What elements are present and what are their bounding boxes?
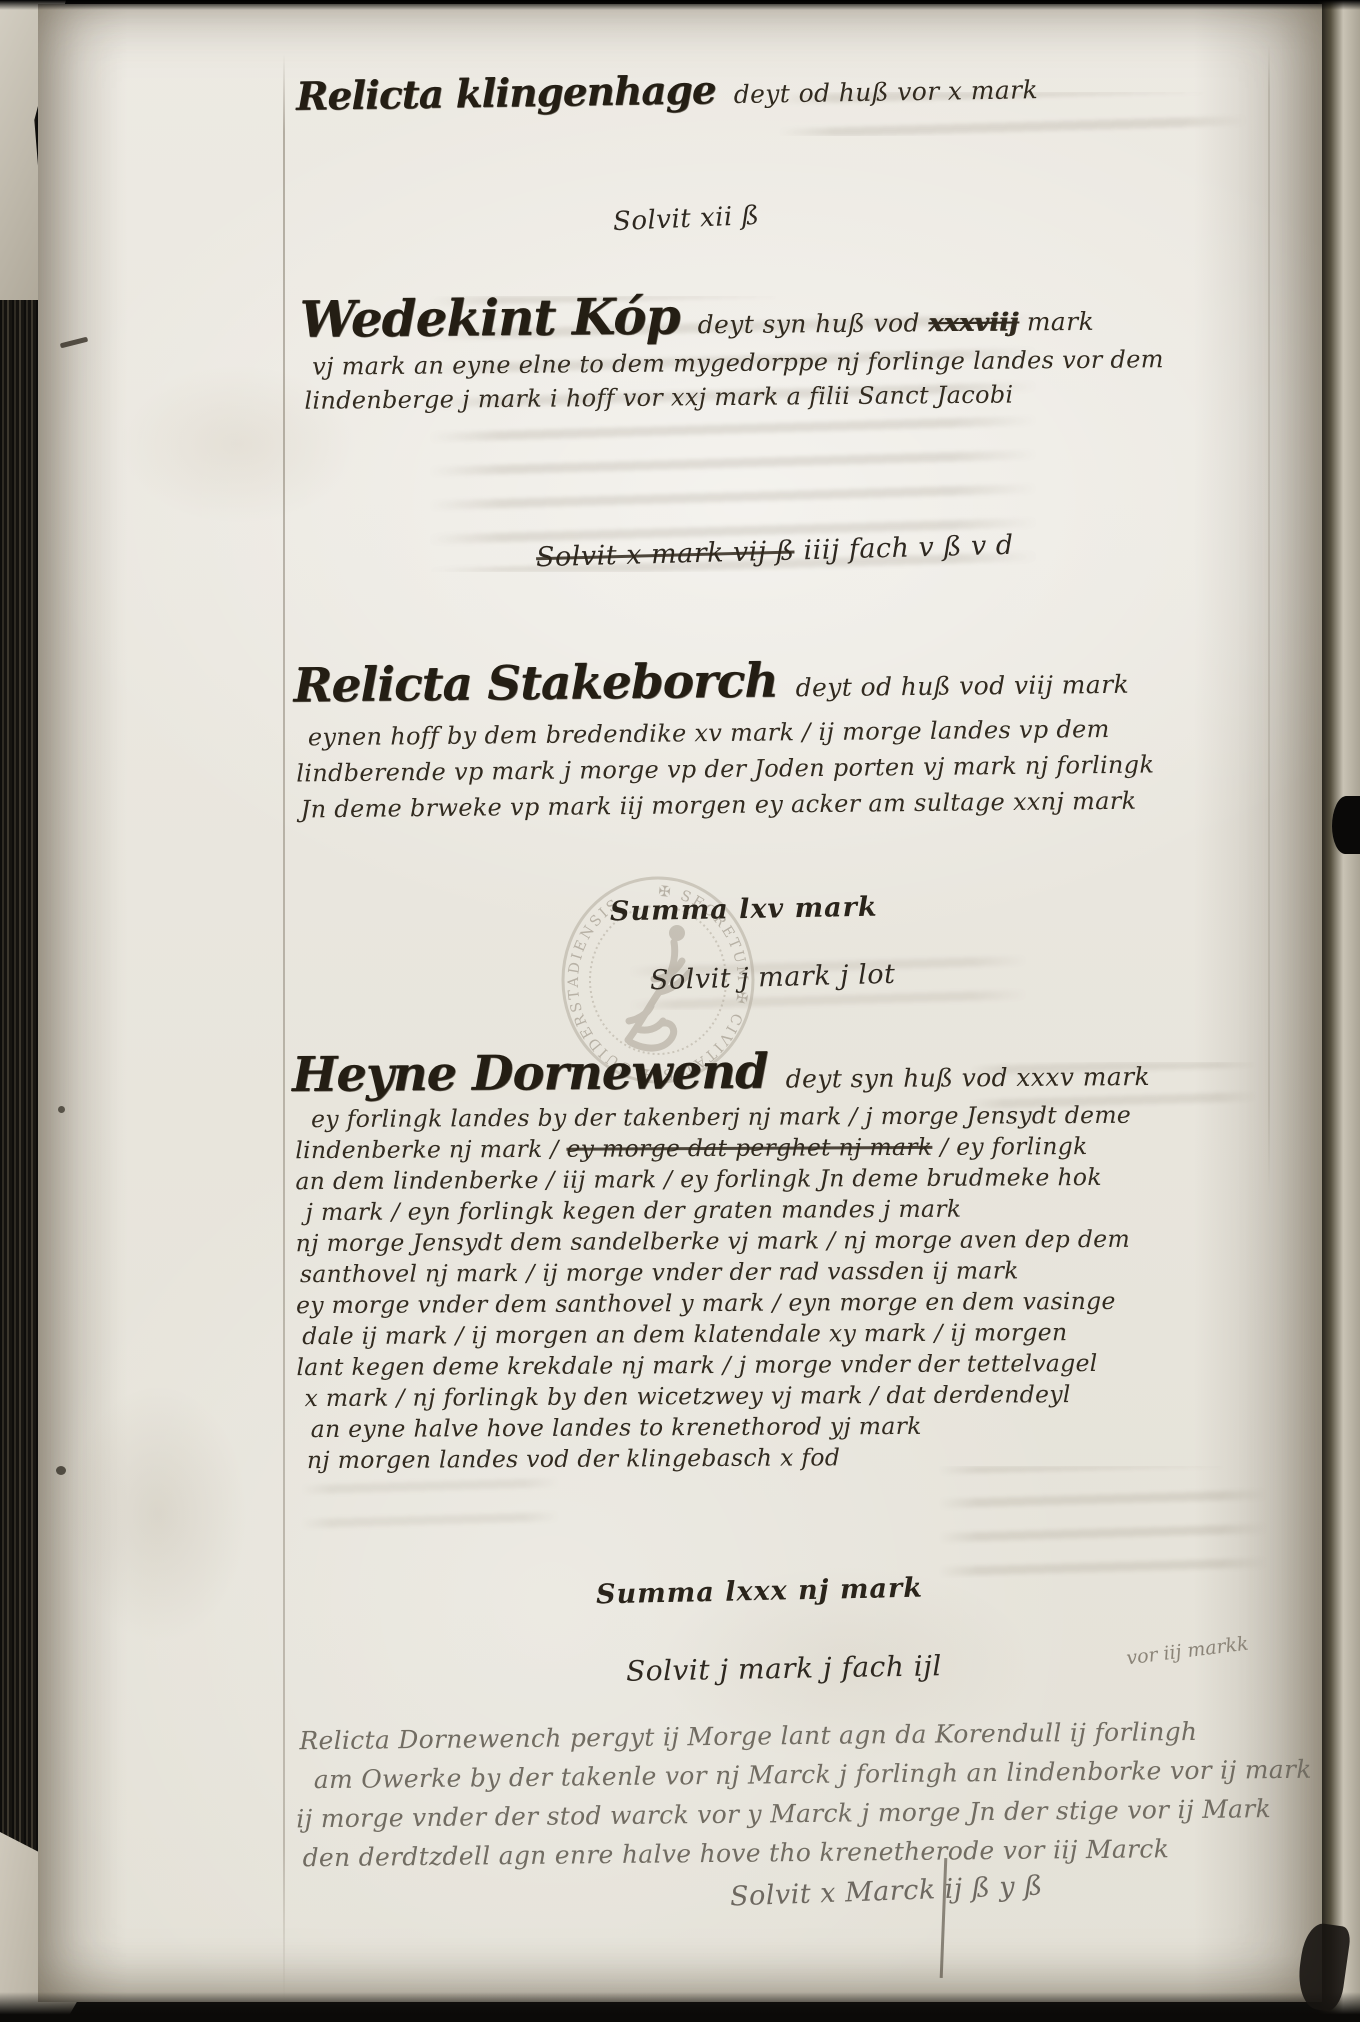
ink-speck bbox=[58, 1106, 65, 1113]
body-line: ey morge vnder dem santhovel y mark / ey… bbox=[296, 1286, 1132, 1321]
photo-edge-bottom bbox=[0, 1992, 1360, 2022]
note-corrected-numeral: xxxviij bbox=[928, 307, 1018, 337]
payment-marginal-note: vor iij markk bbox=[1125, 1633, 1250, 1670]
book-edge-left bbox=[0, 0, 42, 2022]
body-line-with-strike: lindenberke nj mark / ey morge dat pergh… bbox=[295, 1131, 1131, 1166]
note-text: deyt syn huß vod bbox=[697, 308, 928, 339]
photo-edge-top bbox=[0, 0, 1360, 10]
fold-line-right bbox=[1268, 44, 1270, 1194]
payment-line: Solvit x Marck ij ß y ß bbox=[730, 1871, 1044, 1913]
body-line: an dem lindenberke / iij mark / ey forli… bbox=[295, 1162, 1131, 1197]
payment-line: Solvit j mark j lot bbox=[650, 959, 896, 996]
summa-line: Summa lxv mark bbox=[610, 892, 878, 928]
line-segment: / ey forlingk bbox=[932, 1132, 1087, 1161]
body-line: nj morge Jensydt dem sandelberke vj mark… bbox=[296, 1224, 1132, 1259]
manuscript-photo: ✠ SECRETUM ✠ CIVITATIS ✠ SUIDERSTADIENSI… bbox=[0, 0, 1360, 2022]
entry-heading-note: deyt syn huß vod xxxv mark bbox=[786, 1062, 1151, 1094]
entry-relicta-dornewend: Relicta Dornewench pergyt ij Morge lant … bbox=[299, 1711, 1313, 1878]
line-segment: lindenberke nj mark / bbox=[295, 1135, 566, 1164]
entry-heading: Relicta klingenhage bbox=[296, 67, 716, 120]
entry-stakeborch: Relicta Stakeborch deyt od huß vod viij … bbox=[293, 650, 1155, 828]
summa-line: Summa lxxx nj mark bbox=[596, 1573, 923, 1611]
payment-line: Solvit j mark j fach ijl bbox=[626, 1649, 942, 1688]
ink-speck bbox=[56, 1466, 66, 1475]
paper-stain bbox=[68, 1384, 248, 1644]
manuscript-page: ✠ SECRETUM ✠ CIVITATIS ✠ SUIDERSTADIENSI… bbox=[38, 4, 1322, 2002]
entry-heading-note: deyt od huß vor x mark bbox=[733, 75, 1038, 109]
body-line: x mark / nj forlingk by den wicetzwey vj… bbox=[304, 1379, 1132, 1414]
entry-heading-note: deyt syn huß vod xxxviij mark bbox=[697, 307, 1094, 339]
ink-speck bbox=[60, 337, 88, 349]
body-line: j mark / eyn forlingk kegen der graten m… bbox=[306, 1193, 1132, 1228]
body-line: Jn deme brweke vp mark iij morgen ey ack… bbox=[301, 782, 1155, 827]
struck-segment: ey morge dat perghet nj mark bbox=[566, 1133, 932, 1163]
payment-rest: iiij fach v ß v d bbox=[794, 530, 1014, 567]
entry-heading: Relicta Stakeborch bbox=[293, 653, 778, 713]
entry-heading: Wedekint Kóp bbox=[299, 286, 679, 348]
body-line: santhovel nj mark / ij morge vnder der r… bbox=[300, 1255, 1132, 1290]
entry-kop: Wedekint Kóp deyt syn huß vod xxxviij ma… bbox=[299, 282, 1164, 415]
body-line: nj morgen landes vod der klingebasch x f… bbox=[307, 1441, 1133, 1476]
entry-dornewend-body: ey forlingk landes by der takenberj nj m… bbox=[295, 1100, 1133, 1476]
entry-dornewend: Heyne Dornewend deyt syn huß vod xxxv ma… bbox=[292, 1041, 1150, 1103]
margin-rule-line bbox=[283, 54, 285, 2002]
ink-blot-right-edge bbox=[1332, 796, 1360, 854]
verso-showthrough bbox=[938, 1466, 1268, 1578]
body-line: ey forlingk landes by der takenberj nj m… bbox=[311, 1100, 1131, 1135]
entry-heading: Heyne Dornewend bbox=[292, 1044, 768, 1103]
entry-heading-note: deyt od huß vod viij mark bbox=[795, 670, 1129, 702]
book-edge-right bbox=[1318, 0, 1360, 2022]
body-line: an eyne halve hove landes to krenethorod… bbox=[311, 1410, 1133, 1445]
body-line: dale ij mark / ij morgen an dem klatenda… bbox=[302, 1317, 1132, 1352]
payment-line: Solvit xii ß bbox=[612, 201, 760, 237]
body-line: lant kegen deme krekdale nj mark / j mor… bbox=[296, 1348, 1132, 1383]
body-line: vj mark an eyne elne to dem mygedorppe n… bbox=[312, 345, 1164, 380]
note-text: mark bbox=[1018, 307, 1094, 337]
